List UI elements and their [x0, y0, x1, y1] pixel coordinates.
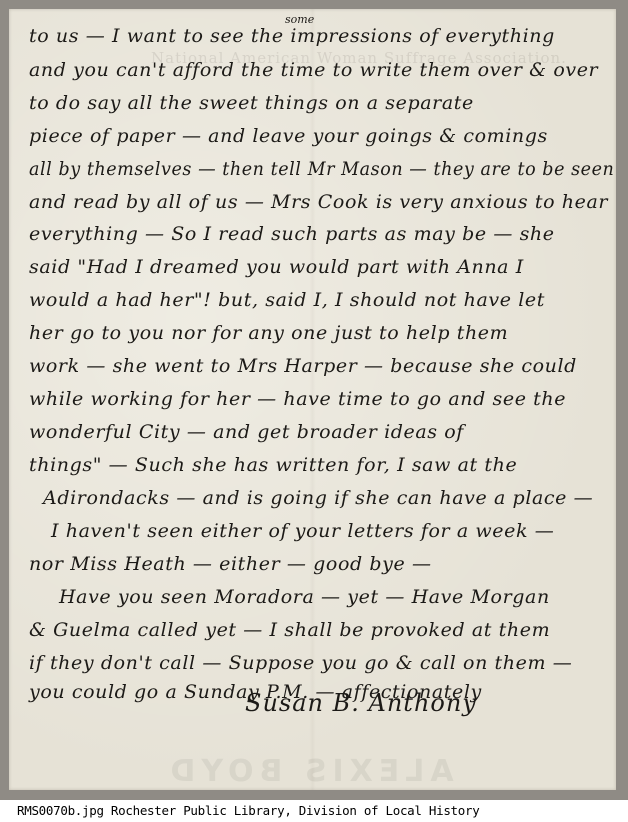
handwritten-line-15: Adirondacks — and is going if she can ha…: [43, 487, 593, 509]
handwritten-line-10: her go to you nor for any one just to he…: [29, 322, 508, 344]
handwritten-line-14: things" — Such she has written for, I sa…: [29, 454, 517, 476]
handwritten-line-9: would a had her"! but, said I, I should …: [29, 289, 545, 311]
letter-page: National American Woman Suffrage Associa…: [9, 9, 616, 790]
handwritten-line-13: wonderful City — and get broader ideas o…: [29, 421, 464, 443]
handwritten-line-17: nor Miss Heath — either — good bye —: [29, 553, 432, 575]
image-caption: RMS0070b.jpg Rochester Public Library, D…: [17, 803, 479, 818]
handwritten-line-4: piece of paper — and leave your goings &…: [29, 125, 548, 147]
scan-frame: National American Woman Suffrage Associa…: [0, 0, 628, 800]
handwritten-line-12: while working for her — have time to go …: [29, 388, 566, 410]
handwritten-line-1: to us — I want to see the impressions of…: [29, 25, 555, 47]
handwritten-line-6: and read by all of us — Mrs Cook is very…: [29, 191, 608, 213]
handwritten-line-5: all by themselves — then tell Mr Mason —…: [29, 158, 614, 180]
handwritten-line-3: to do say all the sweet things on a sepa…: [29, 92, 474, 114]
handwritten-line-8: said "Had I dreamed you would part with …: [29, 256, 524, 278]
handwritten-line-19: & Guelma called yet — I shall be provoke…: [29, 619, 550, 641]
signature: Susan B. Anthony: [245, 689, 477, 717]
handwritten-line-7: everything — So I read such parts as may…: [29, 223, 555, 245]
handwritten-line-2: and you can't afford the time to write t…: [29, 59, 598, 81]
handwritten-line-20: if they don't call — Suppose you go & ca…: [29, 652, 572, 674]
handwritten-line-16: I haven't seen either of your letters fo…: [51, 520, 554, 542]
footer-bleedthrough: ALEXIS BOYD: [119, 754, 499, 789]
handwritten-line-11: work — she went to Mrs Harper — because …: [29, 355, 577, 377]
handwritten-line-18: Have you seen Moradora — yet — Have Morg…: [59, 586, 550, 608]
